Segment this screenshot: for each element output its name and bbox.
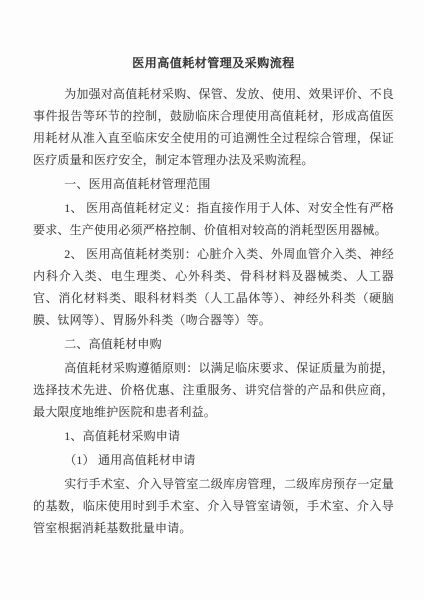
- document-title: 医用高值耗材管理及采购流程: [33, 52, 394, 74]
- heading-section-2-procurement: 二、高值耗材申购: [33, 333, 394, 355]
- heading-section-1-scope: 一、医用高值耗材管理范围: [33, 173, 394, 195]
- paragraph-general-consumables-request: （1） 通用高值耗材申请: [33, 449, 394, 471]
- paragraph-categories: 2、 医用高值耗材类别：心脏介入类、外周血管介入类、神经内科介入类、电生理类、心…: [33, 243, 394, 331]
- paragraph-definition: 1、 医用高值耗材定义：指直接作用于人体、对安全性有严格要求、生产使用必须严格控…: [33, 197, 394, 241]
- paragraph-intro: 为加强对高值耗材采购、保管、发放、使用、效果评价、不良事件报告等环节的控制，鼓励…: [33, 83, 394, 171]
- document-page: 医用高值耗材管理及采购流程 为加强对高值耗材采购、保管、发放、使用、效果评价、不…: [0, 0, 424, 600]
- paragraph-purchase-request: 1、高值耗材采购申请: [33, 425, 394, 447]
- paragraph-warehouse-management: 实行手术室、介入导管室二级库房管理，二级库房预存一定量的基数，临床使用时到手术室…: [33, 473, 394, 539]
- paragraph-procurement-principles: 高值耗材采购遵循原则：以满足临床要求、保证质量为前提，选择技术先进、价格优惠、注…: [33, 357, 394, 423]
